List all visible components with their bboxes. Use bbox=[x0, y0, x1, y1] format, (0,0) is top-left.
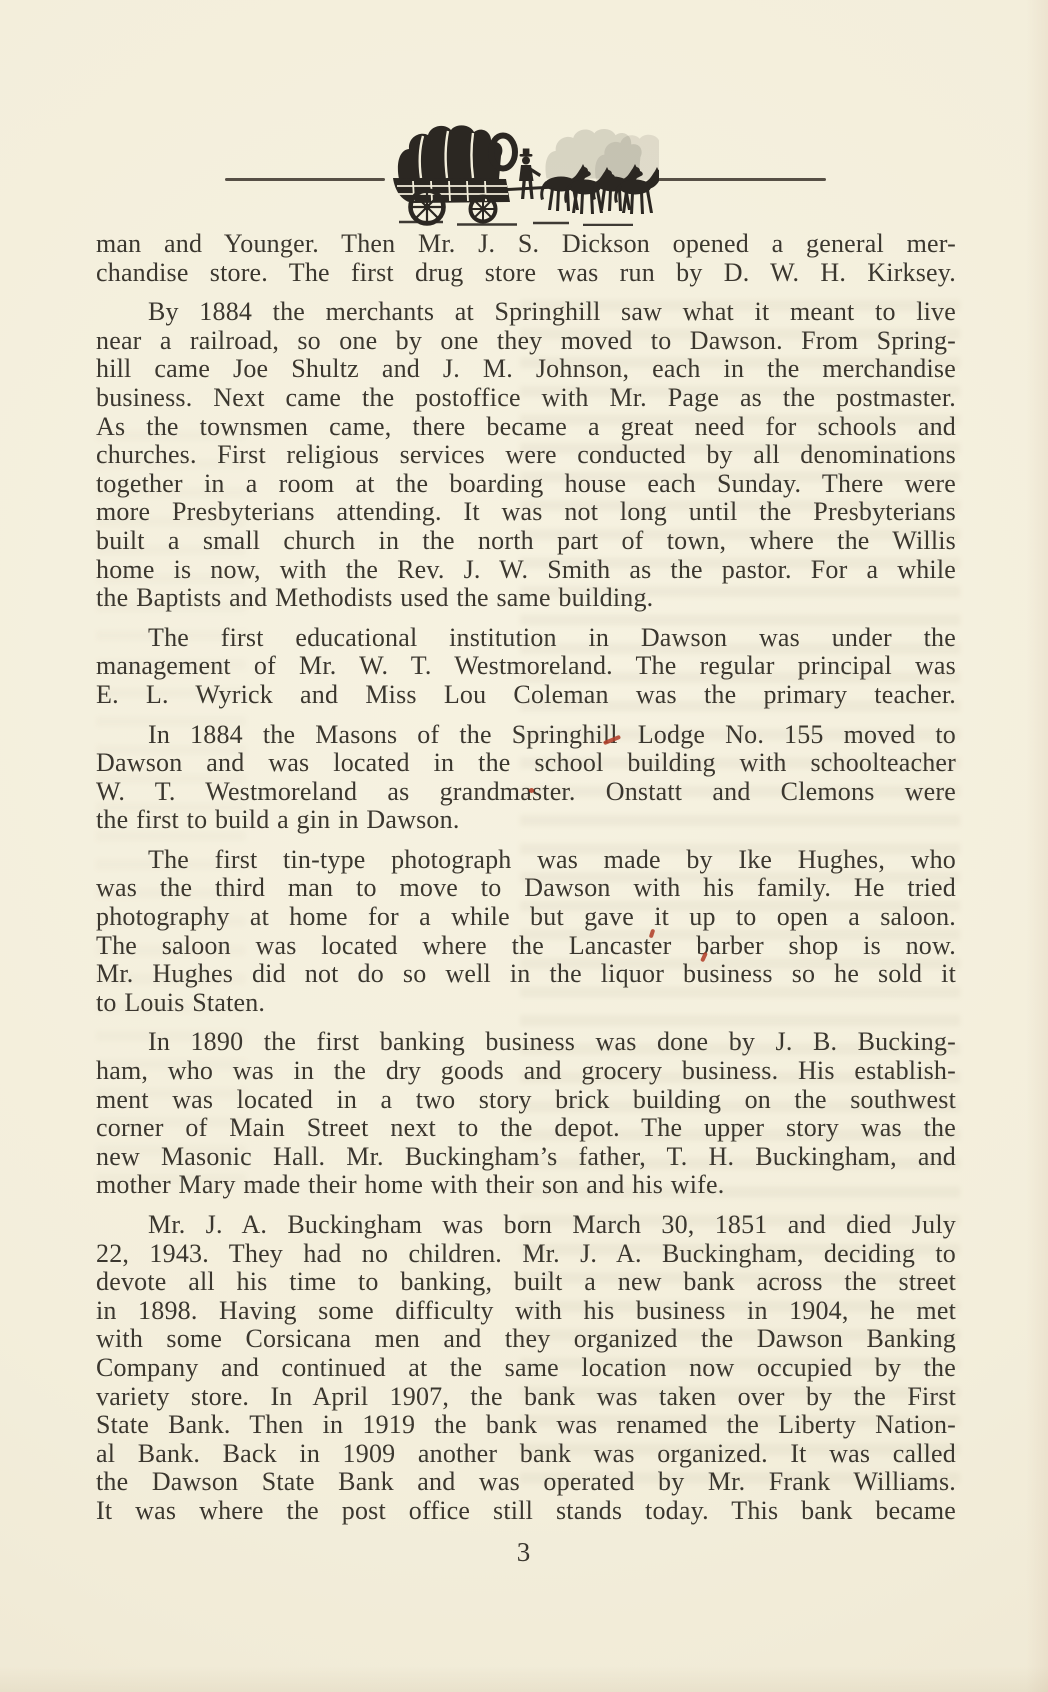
text-line: W. T. Westmoreland as grandmaster. Onsta… bbox=[96, 778, 956, 807]
text-line: Mr. J. A. Buckingham was born March 30, … bbox=[96, 1211, 956, 1240]
text-line: E. L. Wyrick and Miss Lou Coleman was th… bbox=[96, 681, 956, 710]
text-line: new Masonic Hall. Mr. Buckingham’s fathe… bbox=[96, 1143, 956, 1172]
text-line: As the townsmen came, there became a gre… bbox=[96, 413, 956, 442]
text-line: 22, 1943. They had no children. Mr. J. A… bbox=[96, 1240, 956, 1269]
paragraph: In 1884 the Masons of the Springhill Lod… bbox=[96, 721, 956, 835]
text-line: hill came Joe Shultz and J. M. Johnson, … bbox=[96, 355, 956, 384]
text-line: more Presbyterians attending. It was not… bbox=[96, 498, 956, 527]
text-line: the first to build a gin in Dawson. bbox=[96, 806, 956, 835]
text-line: al Bank. Back in 1909 another bank was o… bbox=[96, 1440, 956, 1469]
page-number: 3 bbox=[0, 1537, 1048, 1568]
text-line: business. Next came the postoffice with … bbox=[96, 384, 956, 413]
text-line: near a railroad, so one by one they move… bbox=[96, 327, 956, 356]
paragraph: In 1890 the first banking business was d… bbox=[96, 1028, 956, 1200]
text-line: devote all his time to banking, built a … bbox=[96, 1268, 956, 1297]
page-edge-shading bbox=[1026, 0, 1048, 1692]
text-line: Mr. Hughes did not do so well in the liq… bbox=[96, 960, 956, 989]
text-line: mother Mary made their home with their s… bbox=[96, 1171, 956, 1200]
text-line: In 1890 the first banking business was d… bbox=[96, 1028, 956, 1057]
text-line: man and Younger. Then Mr. J. S. Dickson … bbox=[96, 230, 956, 259]
text-line: ment was located in a two story brick bu… bbox=[96, 1086, 956, 1115]
text-line: the Dawson State Bank and was operated b… bbox=[96, 1468, 956, 1497]
text-line: in 1898. Having some difficulty with his… bbox=[96, 1297, 956, 1326]
paragraph: The first tin-type photograph was made b… bbox=[96, 846, 956, 1018]
text-line: chandise store. The first drug store was… bbox=[96, 259, 956, 288]
text-line: In 1884 the Masons of the Springhill Lod… bbox=[96, 721, 956, 750]
text-line: with some Corsicana men and they organiz… bbox=[96, 1325, 956, 1354]
text-line: The first educational institution in Daw… bbox=[96, 624, 956, 653]
red-pen-mark bbox=[529, 788, 534, 793]
chapter-ornament bbox=[0, 120, 1048, 234]
text-line: It was where the post office still stand… bbox=[96, 1497, 956, 1526]
text-line: photography at home for a while but gave… bbox=[96, 903, 956, 932]
text-line: built a small church in the north part o… bbox=[96, 527, 956, 556]
text-line: churches. First religious services were … bbox=[96, 441, 956, 470]
paragraph: Mr. J. A. Buckingham was born March 30, … bbox=[96, 1211, 956, 1526]
divider-rule-left bbox=[225, 178, 385, 181]
text-line: variety store. In April 1907, the bank w… bbox=[96, 1383, 956, 1412]
text-line: State Bank. Then in 1919 the bank was re… bbox=[96, 1411, 956, 1440]
text-line: to Louis Staten. bbox=[96, 989, 956, 1018]
book-page: man and Younger. Then Mr. J. S. Dickson … bbox=[0, 0, 1048, 1692]
text-line: corner of Main Street next to the depot.… bbox=[96, 1114, 956, 1143]
text-line: By 1884 the merchants at Springhill saw … bbox=[96, 298, 956, 327]
text-line: management of Mr. W. T. Westmoreland. Th… bbox=[96, 652, 956, 681]
divider-rule-right bbox=[658, 178, 826, 181]
text-line: home is now, with the Rev. J. W. Smith a… bbox=[96, 556, 956, 585]
paragraph: man and Younger. Then Mr. J. S. Dickson … bbox=[96, 230, 956, 287]
text-line: Dawson and was located in the school bui… bbox=[96, 749, 956, 778]
text-line: ham, who was in the dry goods and grocer… bbox=[96, 1057, 956, 1086]
covered-wagon-icon bbox=[393, 122, 659, 226]
text-line: together in a room at the boarding house… bbox=[96, 470, 956, 499]
text-line: The saloon was located where the Lancast… bbox=[96, 932, 956, 961]
page-edge-shading bbox=[0, 1666, 1048, 1692]
text-line: the Baptists and Methodists used the sam… bbox=[96, 584, 956, 613]
page-text: man and Younger. Then Mr. J. S. Dickson … bbox=[96, 230, 956, 1526]
text-line: The first tin-type photograph was made b… bbox=[96, 846, 956, 875]
paragraph: The first educational institution in Daw… bbox=[96, 624, 956, 710]
paragraph: By 1884 the merchants at Springhill saw … bbox=[96, 298, 956, 613]
text-line: Company and continued at the same locati… bbox=[96, 1354, 956, 1383]
text-line: was the third man to move to Dawson with… bbox=[96, 874, 956, 903]
